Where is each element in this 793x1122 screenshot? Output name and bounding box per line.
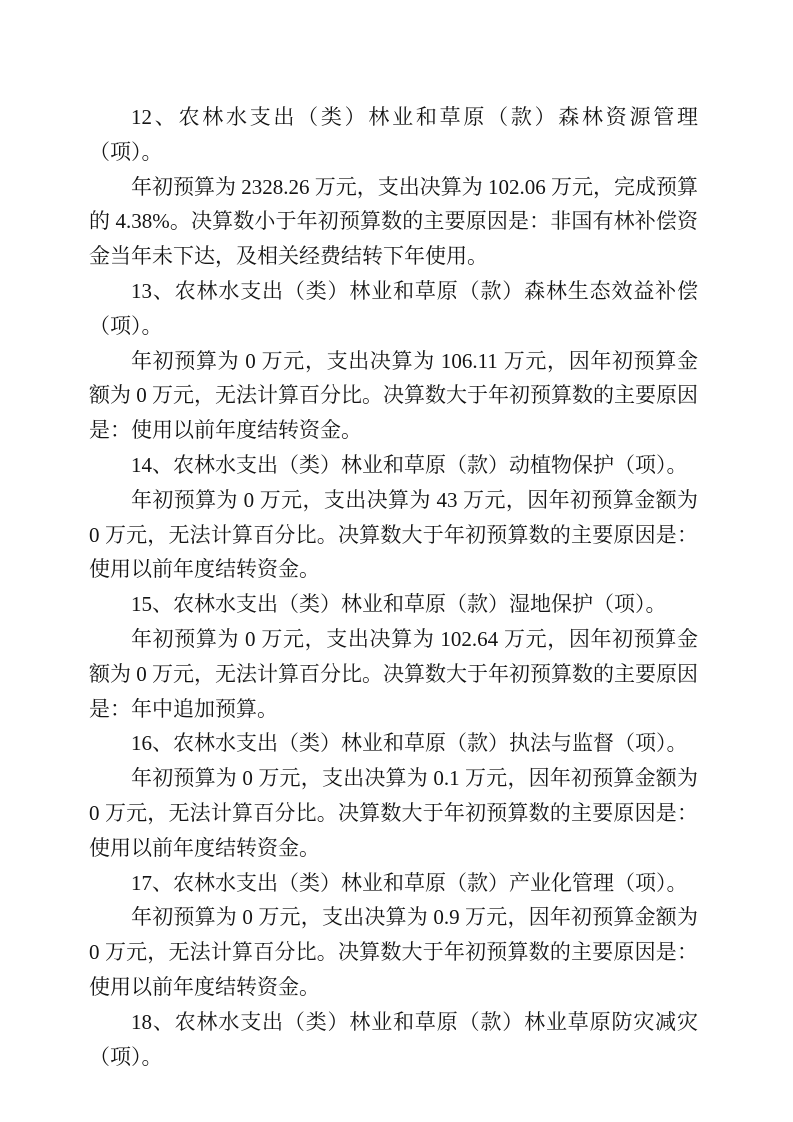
item-14-body: 年初预算为 0 万元，支出决算为 43 万元，因年初预算金额为 0 万元，无法计…: [89, 483, 698, 587]
item-16-heading: 16、农林水支出（类）林业和草原（款）执法与监督（项）。: [89, 726, 698, 761]
item-14-heading: 14、农林水支出（类）林业和草原（款）动植物保护（项）。: [89, 448, 698, 483]
item-15-heading: 15、农林水支出（类）林业和草原（款）湿地保护（项）。: [89, 587, 698, 622]
item-13-heading: 13、农林水支出（类）林业和草原（款）森林生态效益补偿（项）。: [89, 274, 698, 344]
item-12-heading: 12、农林水支出（类）林业和草原（款）森林资源管理（项）。: [89, 100, 698, 170]
item-13-body: 年初预算为 0 万元，支出决算为 106.11 万元，因年初预算金额为 0 万元…: [89, 344, 698, 448]
item-17-body: 年初预算为 0 万元，支出决算为 0.9 万元，因年初预算金额为 0 万元，无法…: [89, 900, 698, 1004]
item-18-heading: 18、农林水支出（类）林业和草原（款）林业草原防灾减灾（项）。: [89, 1005, 698, 1075]
item-17-heading: 17、农林水支出（类）林业和草原（款）产业化管理（项）。: [89, 866, 698, 901]
item-12-body: 年初预算为 2328.26 万元，支出决算为 102.06 万元，完成预算的 4…: [89, 170, 698, 274]
item-16-body: 年初预算为 0 万元，支出决算为 0.1 万元，因年初预算金额为 0 万元，无法…: [89, 761, 698, 865]
document-page: 12、农林水支出（类）林业和草原（款）森林资源管理（项）。年初预算为 2328.…: [0, 0, 793, 1122]
item-15-body: 年初预算为 0 万元，支出决算为 102.64 万元，因年初预算金额为 0 万元…: [89, 622, 698, 726]
document-content: 12、农林水支出（类）林业和草原（款）森林资源管理（项）。年初预算为 2328.…: [89, 100, 698, 1074]
